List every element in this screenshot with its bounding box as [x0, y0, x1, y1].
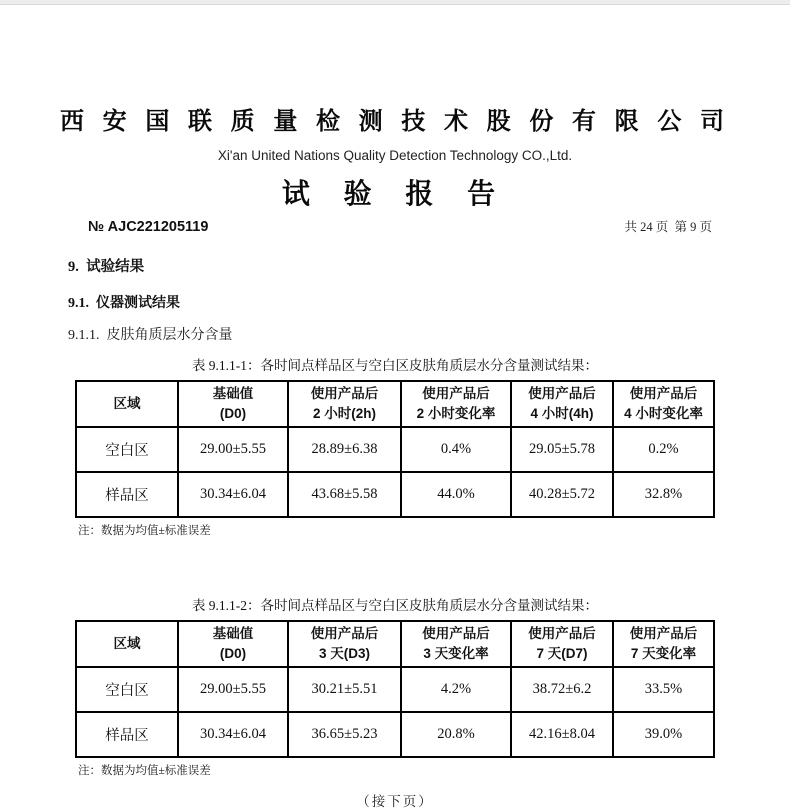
column-header-region: 区域 — [76, 381, 178, 427]
table1-footnote: 注：数据为均值±标准误差 — [78, 522, 790, 538]
column-header-label: 区域 — [77, 394, 177, 414]
table-cell: 0.4% — [401, 427, 511, 472]
column-header-after-2h: 使用产品后2 小时(2h) — [288, 381, 401, 427]
column-header-sublabel: (D0) — [179, 644, 287, 664]
column-header-label: 基础值 — [179, 384, 287, 404]
company-name-cn: 西 安 国 联 质 量 检 测 技 术 股 份 有 限 公 司 — [0, 101, 790, 136]
table-cell: 29.00±5.55 — [178, 427, 288, 472]
table-row: 样品区 30.34±6.04 36.65±5.23 20.8% 42.16±8.… — [76, 712, 714, 757]
column-header-label: 使用产品后 — [614, 624, 713, 644]
column-header-label: 使用产品后 — [402, 624, 510, 644]
continued-next-page: （接下页） — [0, 790, 790, 809]
table1-caption: 表 9.1.1-1：各时间点样品区与空白区皮肤角质层水分含量测试结果： — [0, 354, 790, 374]
report-number: № AJC221205119 — [88, 219, 208, 235]
column-header-label: 使用产品后 — [402, 384, 510, 404]
table-cell: 38.72±6.2 — [511, 667, 613, 712]
column-header-baseline: 基础值(D0) — [178, 621, 288, 667]
column-header-sublabel: 7 天变化率 — [614, 644, 713, 664]
table-row: 空白区 29.00±5.55 30.21±5.51 4.2% 38.72±6.2… — [76, 667, 714, 712]
column-header-region: 区域 — [76, 621, 178, 667]
page-indicator: 共 24 页 第 9 页 — [624, 217, 712, 235]
table-row: 空白区 29.00±5.55 28.89±6.38 0.4% 29.05±5.7… — [76, 427, 714, 472]
table-cell: 30.21±5.51 — [288, 667, 401, 712]
report-meta-row: № AJC221205119 共 24 页 第 9 页 — [0, 217, 790, 235]
table-cell: 43.68±5.58 — [288, 472, 401, 517]
table-moisture-days: 区域 基础值(D0) 使用产品后3 天(D3) 使用产品后3 天变化率 使用产品… — [75, 620, 715, 758]
table-cell: 42.16±8.04 — [511, 712, 613, 757]
table-cell: 40.28±5.72 — [511, 472, 613, 517]
table-cell: 29.00±5.55 — [178, 667, 288, 712]
table2-caption: 表 9.1.1-2：各时间点样品区与空白区皮肤角质层水分含量测试结果： — [0, 594, 790, 614]
column-header-after-7d-rate: 使用产品后7 天变化率 — [613, 621, 714, 667]
column-header-sublabel: 2 小时变化率 — [402, 404, 510, 424]
column-header-label: 使用产品后 — [289, 624, 400, 644]
table-header-row: 区域 基础值(D0) 使用产品后2 小时(2h) 使用产品后2 小时变化率 使用… — [76, 381, 714, 427]
table-cell: 36.65±5.23 — [288, 712, 401, 757]
column-header-label: 使用产品后 — [614, 384, 713, 404]
section-heading-instrument: 9.1. 仪器测试结果 — [68, 292, 790, 312]
table-cell: 0.2% — [613, 427, 714, 472]
column-header-label: 使用产品后 — [512, 624, 612, 644]
column-header-sublabel: 2 小时(2h) — [289, 404, 400, 424]
table-moisture-hours: 区域 基础值(D0) 使用产品后2 小时(2h) 使用产品后2 小时变化率 使用… — [75, 380, 715, 518]
viewer-top-edge — [0, 0, 790, 5]
column-header-after-4h: 使用产品后4 小时(4h) — [511, 381, 613, 427]
table-cell: 32.8% — [613, 472, 714, 517]
table-cell: 33.5% — [613, 667, 714, 712]
table-cell: 20.8% — [401, 712, 511, 757]
row-label: 样品区 — [76, 712, 178, 757]
table2-footnote: 注：数据为均值±标准误差 — [78, 762, 790, 778]
column-header-label: 区域 — [77, 634, 177, 654]
column-header-label: 使用产品后 — [289, 384, 400, 404]
table-cell: 29.05±5.78 — [511, 427, 613, 472]
column-header-after-7d: 使用产品后7 天(D7) — [511, 621, 613, 667]
column-header-after-4h-rate: 使用产品后4 小时变化率 — [613, 381, 714, 427]
column-header-sublabel: (D0) — [179, 404, 287, 424]
column-header-baseline: 基础值(D0) — [178, 381, 288, 427]
section-heading-results: 9. 试验结果 — [68, 255, 790, 276]
table-cell: 28.89±6.38 — [288, 427, 401, 472]
column-header-sublabel: 3 天变化率 — [402, 644, 510, 664]
row-label: 空白区 — [76, 667, 178, 712]
report-title: 试 验 报 告 — [0, 172, 790, 212]
column-header-sublabel: 4 小时变化率 — [614, 404, 713, 424]
column-header-sublabel: 4 小时(4h) — [512, 404, 612, 424]
column-header-label: 使用产品后 — [512, 384, 612, 404]
table-row: 样品区 30.34±6.04 43.68±5.58 44.0% 40.28±5.… — [76, 472, 714, 517]
row-label: 样品区 — [76, 472, 178, 517]
table-cell: 44.0% — [401, 472, 511, 517]
column-header-sublabel: 3 天(D3) — [289, 644, 400, 664]
table-cell: 39.0% — [613, 712, 714, 757]
column-header-label: 基础值 — [179, 624, 287, 644]
section-heading-moisture: 9.1.1. 皮肤角质层水分含量 — [68, 324, 790, 344]
column-header-after-3d-rate: 使用产品后3 天变化率 — [401, 621, 511, 667]
table-cell: 30.34±6.04 — [178, 472, 288, 517]
company-name-en: Xi'an United Nations Quality Detection T… — [0, 148, 790, 163]
row-label: 空白区 — [76, 427, 178, 472]
table-cell: 30.34±6.04 — [178, 712, 288, 757]
column-header-after-2h-rate: 使用产品后2 小时变化率 — [401, 381, 511, 427]
column-header-after-3d: 使用产品后3 天(D3) — [288, 621, 401, 667]
table-header-row: 区域 基础值(D0) 使用产品后3 天(D3) 使用产品后3 天变化率 使用产品… — [76, 621, 714, 667]
table-cell: 4.2% — [401, 667, 511, 712]
column-header-sublabel: 7 天(D7) — [512, 644, 612, 664]
